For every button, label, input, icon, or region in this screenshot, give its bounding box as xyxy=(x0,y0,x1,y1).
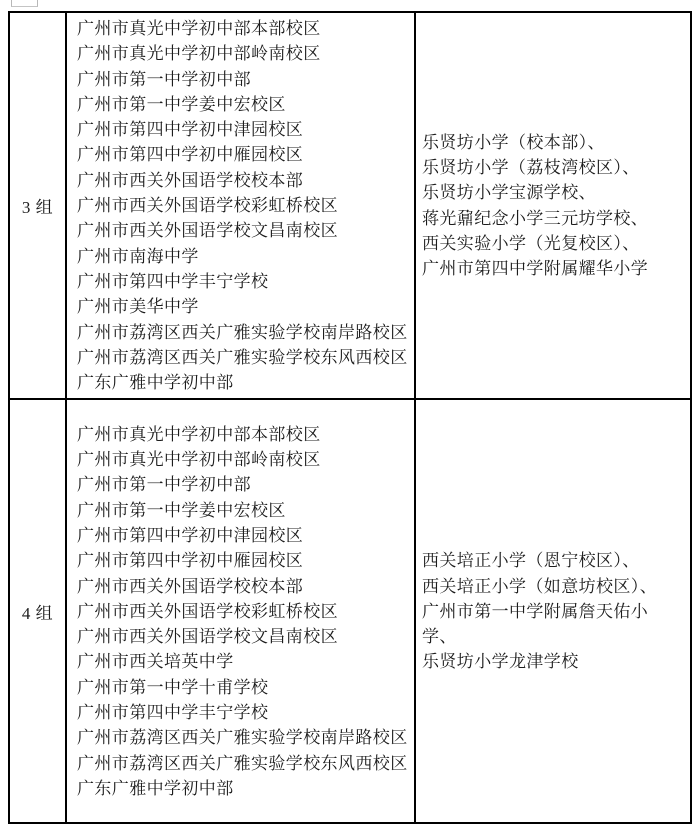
primary-school-item: 西关培正小学（恩宁校区）、 xyxy=(422,548,672,573)
group-4-primary-schools-cell: 西关培正小学（恩宁校区）、 西关培正小学（如意坊校区）、 广州市第一中学附属詹天… xyxy=(415,399,691,823)
middle-school-item: 广东广雅中学初中部 xyxy=(77,776,412,801)
primary-school-item: 西关培正小学（如意坊校区）、 xyxy=(422,574,672,599)
primary-school-item: 广州市第一中学附属詹天佑小学、 xyxy=(422,599,672,650)
middle-school-item: 广州市第四中学丰宁学校 xyxy=(77,700,412,725)
middle-school-item: 广州市真光中学初中部岭南校区 xyxy=(77,41,412,66)
middle-school-item: 广州市第一中学姜中宏校区 xyxy=(77,498,412,523)
middle-school-item: 广州市荔湾区西关广雅实验学校东风西校区 xyxy=(77,751,412,776)
middle-school-item: 广州市真光中学初中部本部校区 xyxy=(77,422,412,447)
group-3-primary-schools-cell: 乐贤坊小学（校本部）、 乐贤坊小学（荔枝湾校区）、 乐贤坊小学宝源学校、 蒋光鼐… xyxy=(415,12,691,399)
middle-school-item: 广州市荔湾区西关广雅实验学校东风西校区 xyxy=(77,345,412,370)
middle-school-item: 广州市第一中学十甫学校 xyxy=(77,675,412,700)
document-page: 3 组 广州市真光中学初中部本部校区 广州市真光中学初中部岭南校区 广州市第一中… xyxy=(0,0,692,828)
middle-school-item: 广州市西关外国语学校彩虹桥校区 xyxy=(77,193,412,218)
middle-school-item: 广州市第四中学初中津园校区 xyxy=(77,523,412,548)
middle-school-item: 广州市西关外国语学校彩虹桥校区 xyxy=(77,599,412,624)
middle-school-item: 广州市真光中学初中部本部校区 xyxy=(77,16,412,41)
middle-school-item: 广州市南海中学 xyxy=(77,244,412,269)
group-3-label-cell: 3 组 xyxy=(9,12,66,399)
middle-school-item: 广州市真光中学初中部岭南校区 xyxy=(77,447,412,472)
middle-school-item: 广州市第四中学初中津园校区 xyxy=(77,117,412,142)
middle-school-item: 广州市美华中学 xyxy=(77,294,412,319)
primary-school-item: 广州市第四中学附属耀华小学 xyxy=(422,256,672,281)
table-row-group-4: 4 组 广州市真光中学初中部本部校区 广州市真光中学初中部岭南校区 广州市第一中… xyxy=(9,399,691,823)
group-4-middle-schools-cell: 广州市真光中学初中部本部校区 广州市真光中学初中部岭南校区 广州市第一中学初中部… xyxy=(66,399,415,823)
primary-school-item: 西关实验小学（光复校区）、 xyxy=(422,231,672,256)
middle-school-item: 广州市第四中学初中雁园校区 xyxy=(77,548,412,573)
group-3-middle-schools-cell: 广州市真光中学初中部本部校区 广州市真光中学初中部岭南校区 广州市第一中学初中部… xyxy=(66,12,415,399)
primary-school-item: 乐贤坊小学龙津学校 xyxy=(422,649,672,674)
school-groups-table: 3 组 广州市真光中学初中部本部校区 广州市真光中学初中部岭南校区 广州市第一中… xyxy=(8,11,692,824)
table-row-group-3: 3 组 广州市真光中学初中部本部校区 广州市真光中学初中部岭南校区 广州市第一中… xyxy=(9,12,691,399)
middle-school-item: 广州市西关培英中学 xyxy=(77,649,412,674)
middle-school-item: 广州市第四中学丰宁学校 xyxy=(77,269,412,294)
primary-school-item: 乐贤坊小学宝源学校、 xyxy=(422,180,672,205)
middle-school-item: 广州市西关外国语学校校本部 xyxy=(77,168,412,193)
group-4-label-cell: 4 组 xyxy=(9,399,66,823)
group-4-label: 4 组 xyxy=(22,604,53,623)
middle-school-item: 广州市第一中学初中部 xyxy=(77,67,412,92)
primary-school-item: 乐贤坊小学（校本部）、 xyxy=(422,130,672,155)
middle-school-item: 广州市荔湾区西关广雅实验学校南岸路校区 xyxy=(77,725,412,750)
middle-school-item: 广州市荔湾区西关广雅实验学校南岸路校区 xyxy=(77,320,412,345)
middle-school-item: 广州市第一中学姜中宏校区 xyxy=(77,92,412,117)
middle-school-item: 广州市西关外国语学校文昌南校区 xyxy=(77,218,412,243)
primary-school-item: 蒋光鼐纪念小学三元坊学校、 xyxy=(422,206,672,231)
middle-school-item: 广州市第四中学初中雁园校区 xyxy=(77,142,412,167)
group-3-label: 3 组 xyxy=(22,198,53,217)
middle-school-item: 广州市西关外国语学校文昌南校区 xyxy=(77,624,412,649)
middle-school-item: 广州市西关外国语学校校本部 xyxy=(77,574,412,599)
middle-school-item: 广东广雅中学初中部 xyxy=(77,370,412,395)
middle-school-item: 广州市第一中学初中部 xyxy=(77,472,412,497)
primary-school-item: 乐贤坊小学（荔枝湾校区）、 xyxy=(422,155,672,180)
previous-row-edge-artifact xyxy=(11,0,38,7)
